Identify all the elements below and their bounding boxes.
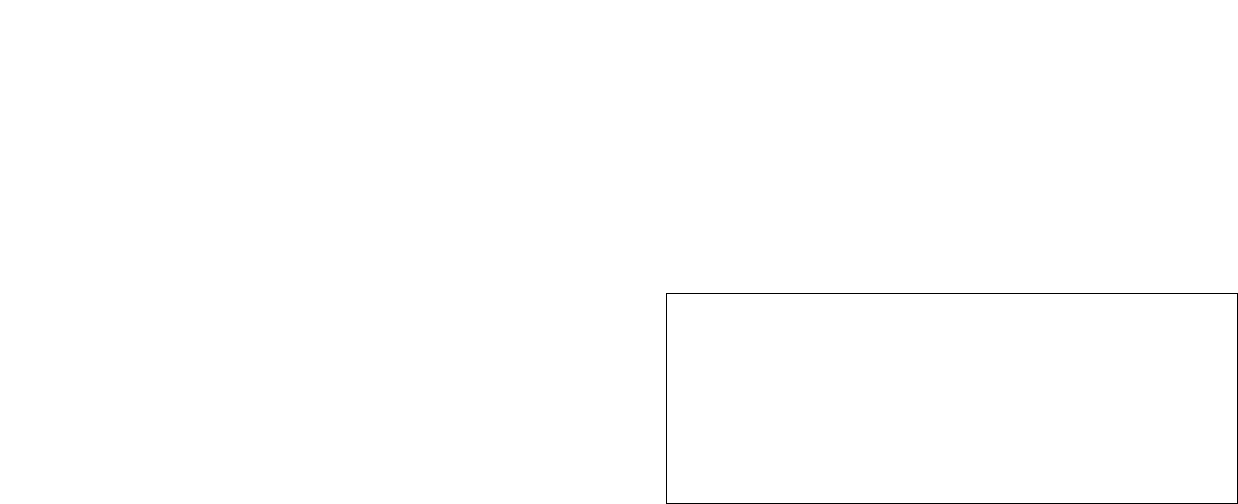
hospital-duty-schedule-sheet xyxy=(0,0,1238,504)
empty-region xyxy=(666,293,1238,504)
